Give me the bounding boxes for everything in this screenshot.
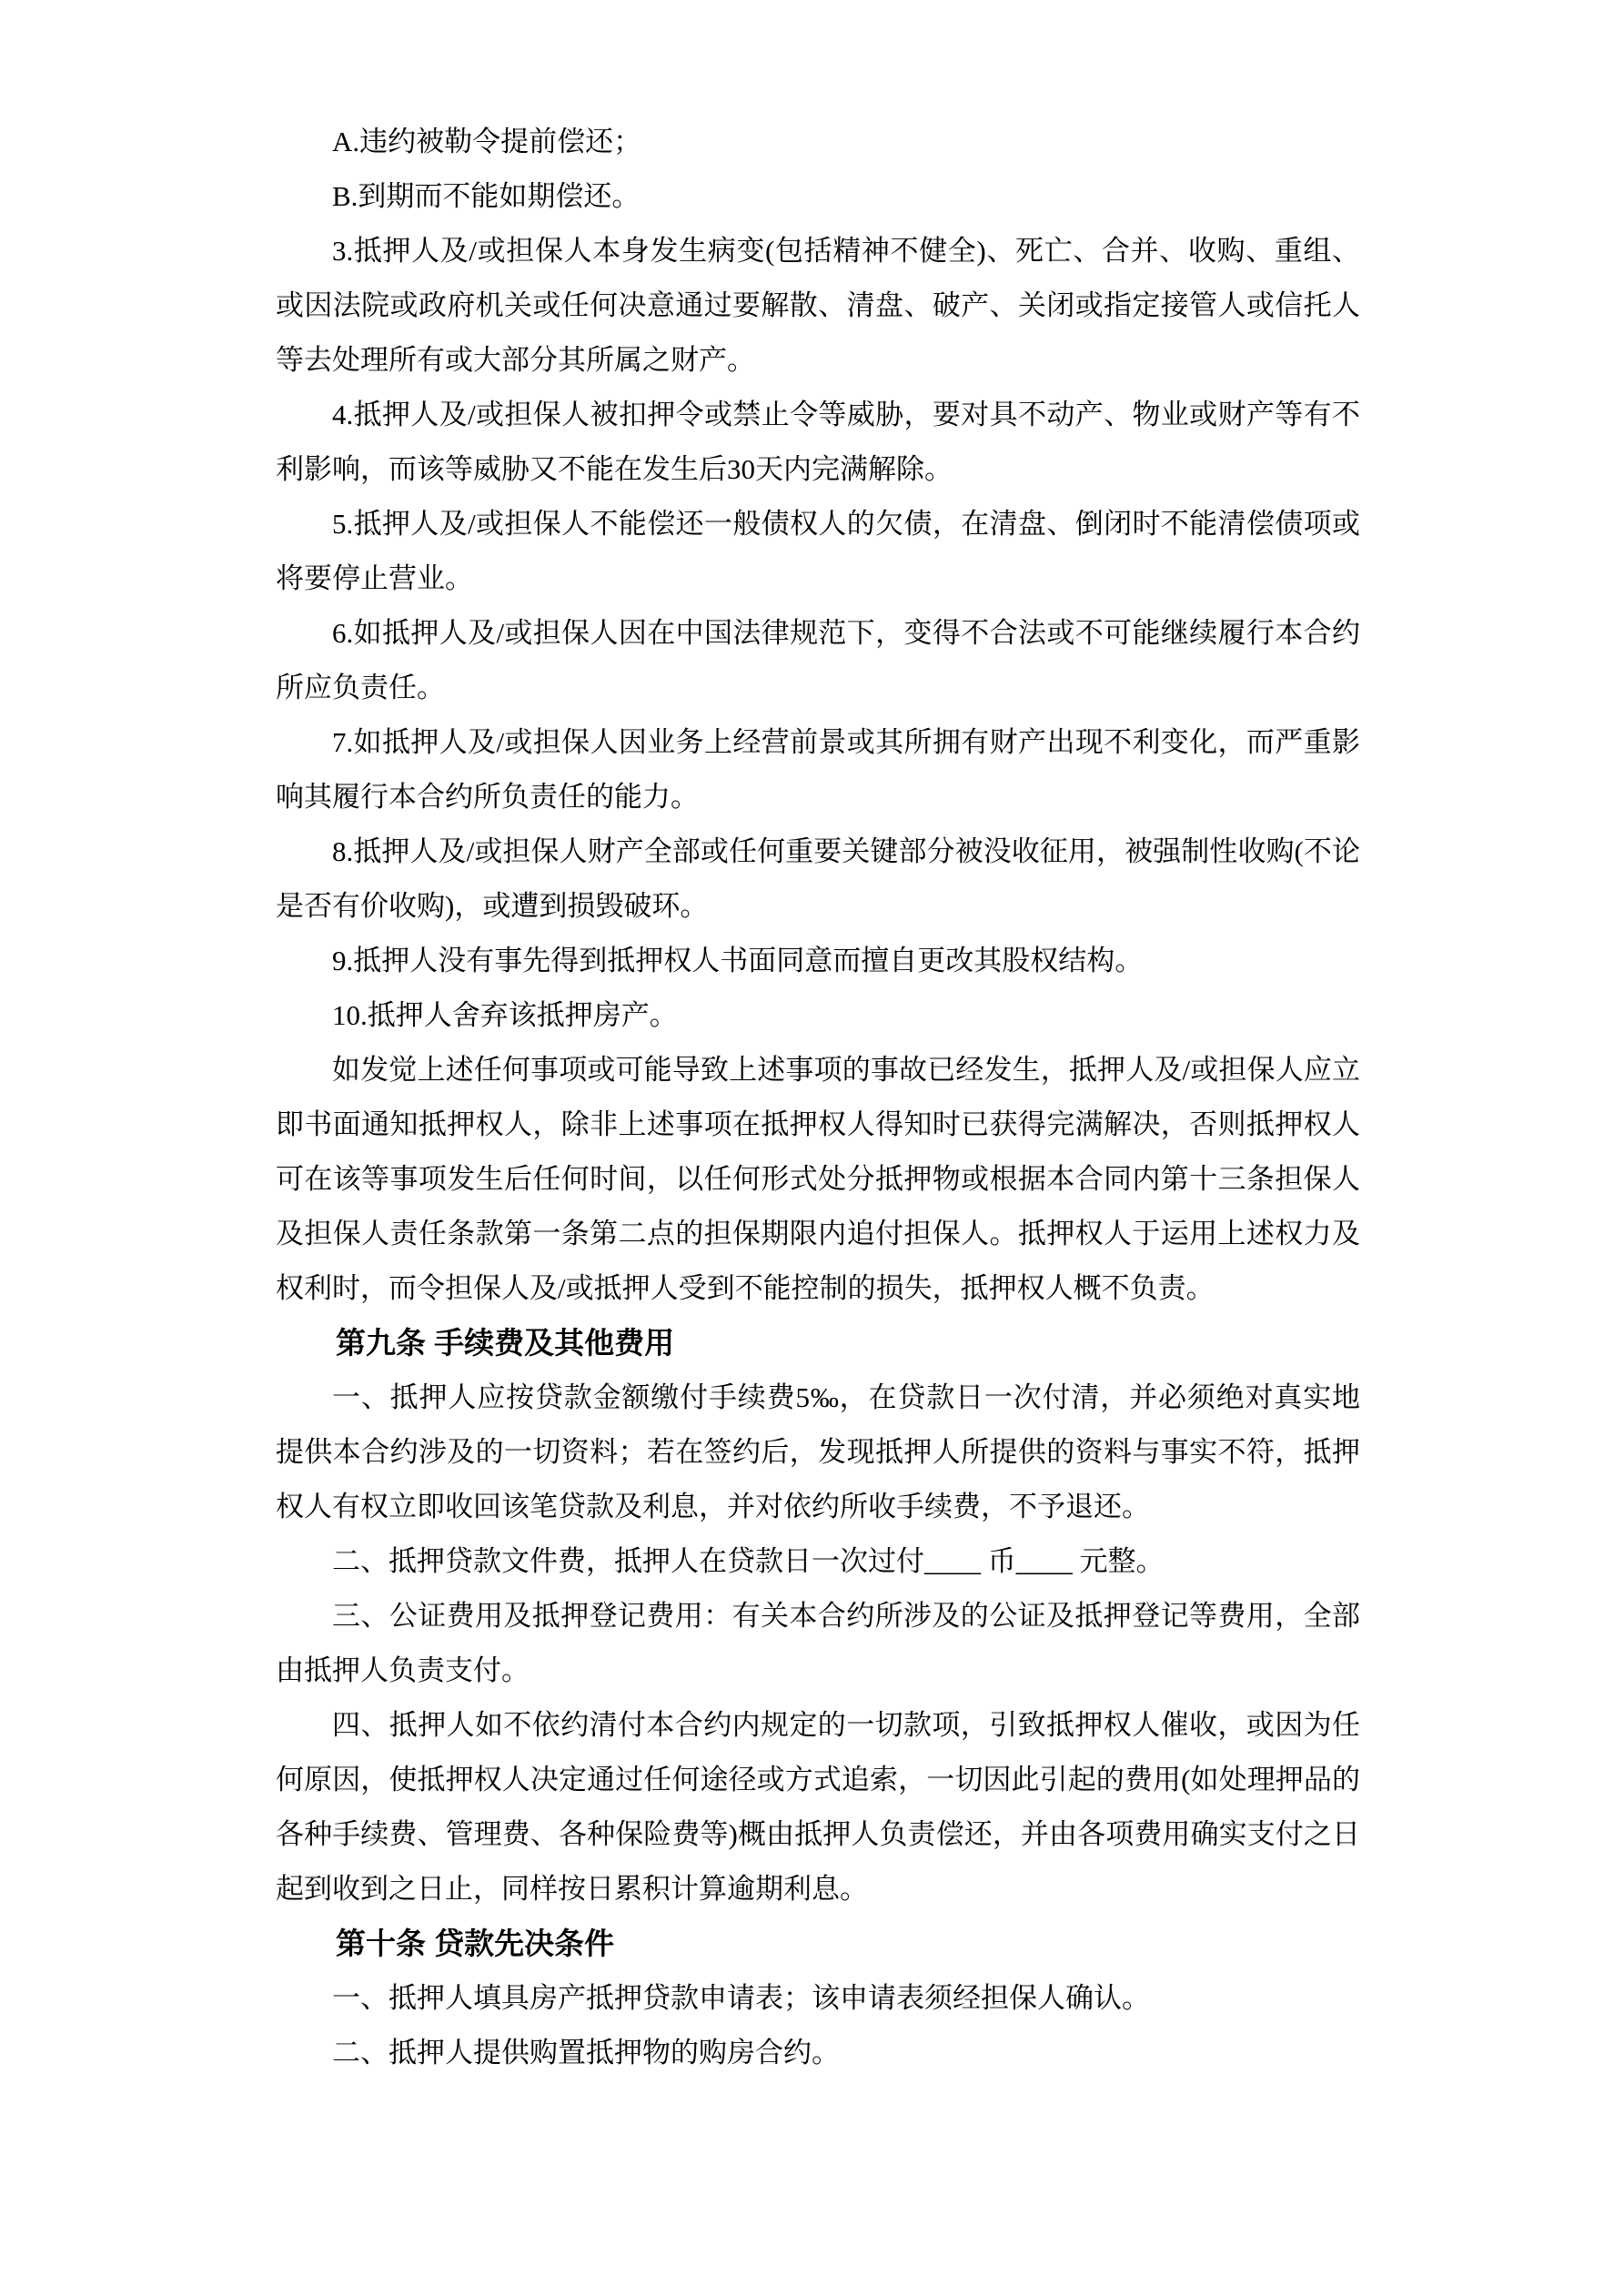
document-page: A.违约被勒令提前偿还； B.到期而不能如期偿还。 3.抵押人及/或担保人本身发…: [0, 0, 1624, 2296]
default-event-item-4: 4.抵押人及/或担保人被扣押令或禁止令等威胁，要对具不动产、物业或财产等有不利影…: [276, 388, 1360, 497]
article-10-clause-1: 一、抵押人填具房产抵押贷款申请表；该申请表须经担保人确认。: [276, 1971, 1360, 2026]
default-event-item-9: 9.抵押人没有事先得到抵押权人书面同意而擅自更改其股权结构。: [276, 934, 1360, 988]
default-event-item-b: B.到期而不能如期偿还。: [276, 169, 1360, 224]
default-event-item-10: 10.抵押人舍弃该抵押房产。: [276, 988, 1360, 1043]
default-event-item-7: 7.如抵押人及/或担保人因业务上经营前景或其所拥有财产出现不利变化，而严重影响其…: [276, 715, 1360, 824]
article-9-clause-1: 一、抵押人应按贷款金额缴付手续费5‰，在贷款日一次付清，并必须绝对真实地提供本合…: [276, 1371, 1360, 1534]
article-9-clause-4: 四、抵押人如不依约清付本合约内规定的一切款项，引致抵押权人催收，或因为任何原因，…: [276, 1698, 1360, 1917]
article-10-heading: 第十条 贷款先决条件: [276, 1917, 1360, 1971]
default-event-item-3: 3.抵押人及/或担保人本身发生病变(包括精神不健全)、死亡、合并、收购、重组、或…: [276, 224, 1360, 388]
default-event-item-8: 8.抵押人及/或担保人财产全部或任何重要关键部分被没收征用，被强制性收购(不论是…: [276, 824, 1360, 934]
contract-text: A.违约被勒令提前偿还； B.到期而不能如期偿还。 3.抵押人及/或担保人本身发…: [276, 115, 1360, 2080]
default-event-item-a: A.违约被勒令提前偿还；: [276, 115, 1360, 169]
article-9-heading: 第九条 手续费及其他费用: [276, 1316, 1360, 1371]
default-event-item-6: 6.如抵押人及/或担保人因在中国法律规范下，变得不合法或不可能继续履行本合约所应…: [276, 606, 1360, 715]
article-9-clause-2: 二、抵押贷款文件费，抵押人在贷款日一次过付____ 币____ 元整。: [276, 1534, 1360, 1589]
default-event-item-5: 5.抵押人及/或担保人不能偿还一般债权人的欠债，在清盘、倒闭时不能清偿债项或将要…: [276, 497, 1360, 606]
article-9-clause-3: 三、公证费用及抵押登记费用：有关本合约所涉及的公证及抵押登记等费用，全部由抵押人…: [276, 1589, 1360, 1698]
notice-paragraph: 如发觉上述任何事项或可能导致上述事项的事故已经发生，抵押人及/或担保人应立即书面…: [276, 1043, 1360, 1316]
article-10-clause-2: 二、抵押人提供购置抵押物的购房合约。: [276, 2026, 1360, 2080]
